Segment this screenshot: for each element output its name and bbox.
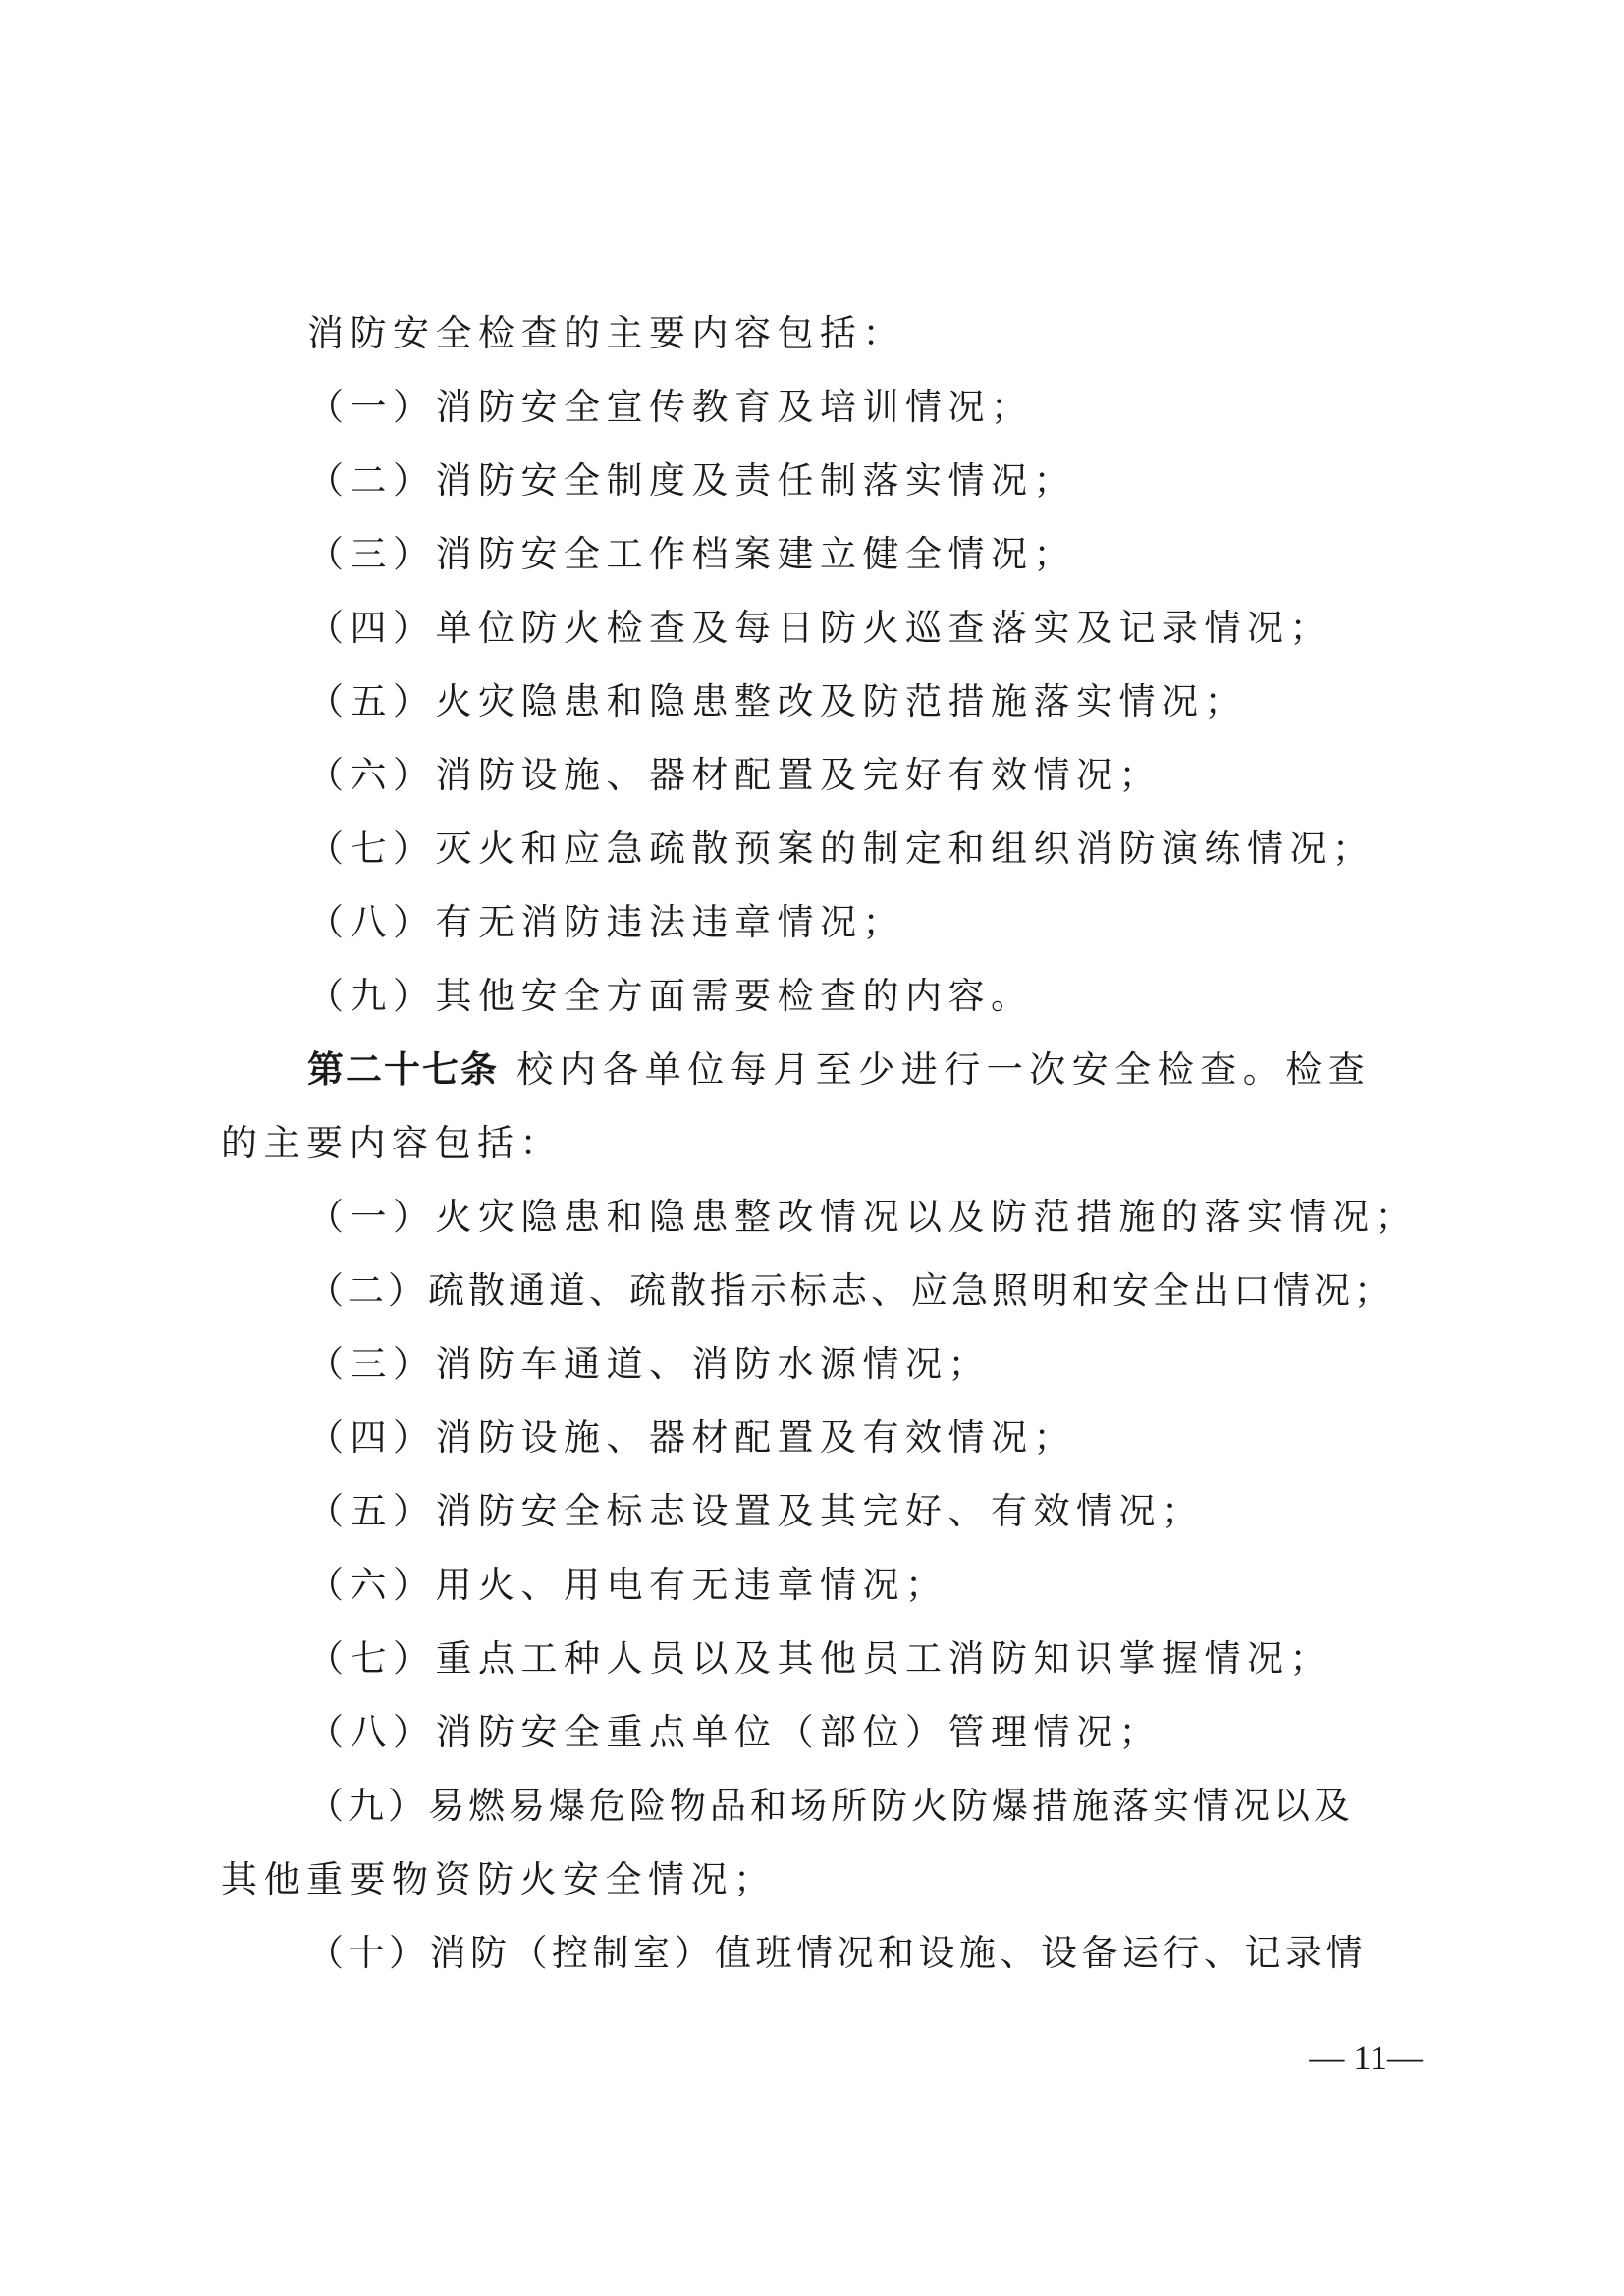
article-text: 校内各单位每月至少进行一次安全检查。检查 xyxy=(516,1048,1371,1091)
list-item: （五）消防安全标志设置及其完好、有效情况； xyxy=(307,1474,1525,1548)
article-heading: 第二十七条 xyxy=(307,1048,499,1091)
list-item: （四）消防设施、器材配置及有效情况； xyxy=(307,1401,1525,1474)
list-item: （一）消防安全宣传教育及培训情况； xyxy=(307,370,1525,444)
list-item: （三）消防安全工作档案建立健全情况； xyxy=(307,517,1525,591)
list-item: （六）消防设施、器材配置及完好有效情况； xyxy=(307,738,1525,812)
list-item: （十）消防（控制室）值班情况和设施、设备运行、记录情 xyxy=(307,1916,1525,1990)
document-page: 消防安全检查的主要内容包括： （一）消防安全宣传教育及培训情况； （二）消防安全… xyxy=(0,0,1624,2296)
list-item: （二）疏散通道、疏散指示标志、应急照明和安全出口情况； xyxy=(307,1254,1525,1327)
list-item: （九）其他安全方面需要检查的内容。 xyxy=(307,959,1525,1033)
list-item: （一）火灾隐患和隐患整改情况以及防范措施的落实情况； xyxy=(307,1180,1525,1254)
list-item: （三）消防车通道、消防水源情况； xyxy=(307,1327,1525,1401)
list-item: （八）消防安全重点单位（部位）管理情况； xyxy=(307,1695,1525,1769)
list-item: （五）火灾隐患和隐患整改及防范措施落实情况； xyxy=(307,665,1525,738)
list-item: （九）易燃易爆危险物品和场所防火防爆措施落实情况以及 xyxy=(307,1769,1525,1842)
list-item: （六）用火、用电有无违章情况； xyxy=(307,1548,1525,1622)
section-intro: 消防安全检查的主要内容包括： xyxy=(307,296,1525,370)
list-item: （七）重点工种人员以及其他员工消防知识掌握情况； xyxy=(307,1622,1525,1695)
list-item: （二）消防安全制度及责任制落实情况； xyxy=(307,444,1525,517)
page-number: — 11— xyxy=(1309,2037,1423,2078)
list-item-continuation: 其他重要物资防火安全情况； xyxy=(221,1842,1438,1916)
list-item: （七）灭火和应急疏散预案的制定和组织消防演练情况； xyxy=(307,812,1525,885)
list-item: （四）单位防火检查及每日防火巡查落实及记录情况； xyxy=(307,591,1525,665)
article-paragraph: 第二十七条 校内各单位每月至少进行一次安全检查。检查 xyxy=(307,1033,1525,1106)
list-item: （八）有无消防违法违章情况； xyxy=(307,885,1525,959)
article-text-continuation: 的主要内容包括： xyxy=(221,1106,1438,1180)
